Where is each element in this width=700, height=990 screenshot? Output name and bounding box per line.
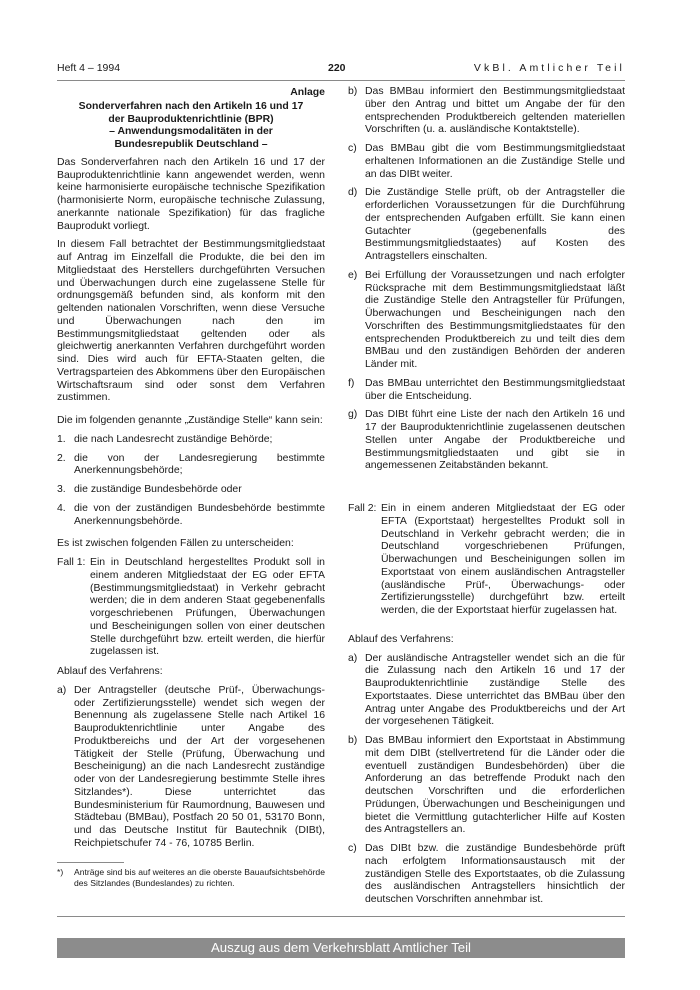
case-text: Ein in Deutschland hergestelltes Produkt… (90, 557, 325, 659)
list-number: 2. (57, 453, 74, 479)
procedure-heading: Ablauf des Verfahrens: (348, 634, 625, 647)
step-letter: f) (348, 378, 365, 404)
publication-title: VkBl. Amtlicher Teil (474, 62, 625, 74)
step-text: Das DIBt führt eine Liste der nach den A… (365, 409, 625, 473)
list-number: 3. (57, 484, 74, 497)
list-text: die nach Landesrecht zuständige Behörde; (74, 434, 325, 447)
right-column: b) Das BMBau informiert den Bestimmungsm… (348, 86, 625, 913)
step-letter: e) (348, 270, 365, 372)
header-rule (57, 80, 625, 81)
step-item: g) Das DIBt führt eine Liste der nach de… (348, 409, 625, 473)
step-letter: a) (348, 653, 365, 730)
step-text: Das BMBau unterrichtet den Bestimmungsmi… (365, 378, 625, 404)
step-item: a) Der Antragsteller (deutsche Prüf-, Üb… (57, 685, 325, 851)
footer-banner: Auszug aus dem Verkehrsblatt Amtlicher T… (57, 938, 625, 958)
step-text: Bei Erfüllung der Voraussetzungen und na… (365, 270, 625, 372)
list-text: die von der zuständigen Bundesbehörde be… (74, 503, 325, 529)
annex-label: Anlage (57, 87, 325, 100)
list-text: die von der Landesregierung bestimmte An… (74, 453, 325, 479)
title-line: Bundesrepublik Deutschland – (57, 139, 325, 152)
step-letter: g) (348, 409, 365, 473)
case-label: Fall 2: (348, 503, 381, 618)
footnote: *) Anträge sind bis auf weiteres an die … (57, 867, 325, 888)
step-text: Die Zuständige Stelle prüft, ob der Antr… (365, 187, 625, 264)
step-item: f) Das BMBau unterrichtet den Bestimmung… (348, 378, 625, 404)
issue-label: Heft 4 – 1994 (57, 62, 120, 74)
case-text: Ein in einem anderen Mitgliedstaat der E… (381, 503, 625, 618)
list-item: 1. die nach Landesrecht zuständige Behör… (57, 434, 325, 447)
step-item: b) Das BMBau informiert den Exportstaat … (348, 735, 625, 837)
left-column: Anlage Sonderverfahren nach den Artikeln… (57, 86, 325, 857)
step-item: c) Das DIBt bzw. die zuständige Bundesbe… (348, 843, 625, 907)
list-item: 2. die von der Landesregierung bestimmte… (57, 453, 325, 479)
list-item: 4. die von der zuständigen Bundesbehörde… (57, 503, 325, 529)
step-letter: a) (57, 685, 74, 851)
step-item: d) Die Zuständige Stelle prüft, ob der A… (348, 187, 625, 264)
step-letter: c) (348, 143, 365, 181)
list-number: 4. (57, 503, 74, 529)
page-number: 220 (328, 62, 346, 74)
footnote-text: Anträge sind bis auf weiteres an die obe… (74, 867, 325, 888)
body-paragraph: In diesem Fall betrachtet der Bestimmung… (57, 239, 325, 405)
case-2: Fall 2: Ein in einem anderen Mitgliedsta… (348, 503, 625, 618)
step-text: Das BMBau gibt die vom Bestimmungsmitgli… (365, 143, 625, 181)
intro-paragraph: Das Sonderverfahren nach den Artikeln 16… (57, 157, 325, 234)
title-line: Sonderverfahren nach den Artikeln 16 und… (57, 101, 325, 114)
list-item: 3. die zuständige Bundesbehörde oder (57, 484, 325, 497)
step-letter: b) (348, 735, 365, 837)
cases-intro: Es ist zwischen folgenden Fällen zu unte… (57, 538, 325, 551)
title-line: – Anwendungsmodalitäten in der (57, 126, 325, 139)
step-text: Das BMBau informiert den Exportstaat in … (365, 735, 625, 837)
case-label: Fall 1: (57, 557, 90, 659)
list-text: die zuständige Bundesbehörde oder (74, 484, 325, 497)
step-text: Das BMBau informiert den Bestimmungsmitg… (365, 86, 625, 137)
step-text: Der Antragsteller (deutsche Prüf-, Überw… (74, 685, 325, 851)
footnote-mark: *) (57, 867, 74, 888)
title-line: der Bauproduktenrichtlinie (BPR) (57, 114, 325, 127)
step-item: b) Das BMBau informiert den Bestimmungsm… (348, 86, 625, 137)
step-item: a) Der ausländische Antragsteller wendet… (348, 653, 625, 730)
step-letter: b) (348, 86, 365, 137)
step-item: e) Bei Erfüllung der Voraussetzungen und… (348, 270, 625, 372)
procedure-heading: Ablauf des Verfahrens: (57, 666, 325, 679)
authority-intro: Die im folgenden genannte „Zuständige St… (57, 415, 325, 428)
footer-rule (57, 916, 625, 917)
running-header: Heft 4 – 1994 220 VkBl. Amtlicher Teil (57, 62, 625, 80)
step-text: Der ausländische Antragsteller wendet si… (365, 653, 625, 730)
footnote-rule (57, 862, 124, 863)
step-letter: d) (348, 187, 365, 264)
step-text: Das DIBt bzw. die zuständige Bundesbehör… (365, 843, 625, 907)
document-title: Sonderverfahren nach den Artikeln 16 und… (57, 101, 325, 152)
list-number: 1. (57, 434, 74, 447)
step-letter: c) (348, 843, 365, 907)
step-item: c) Das BMBau gibt die vom Bestimmungsmit… (348, 143, 625, 181)
case-1: Fall 1: Ein in Deutschland hergestelltes… (57, 557, 325, 659)
